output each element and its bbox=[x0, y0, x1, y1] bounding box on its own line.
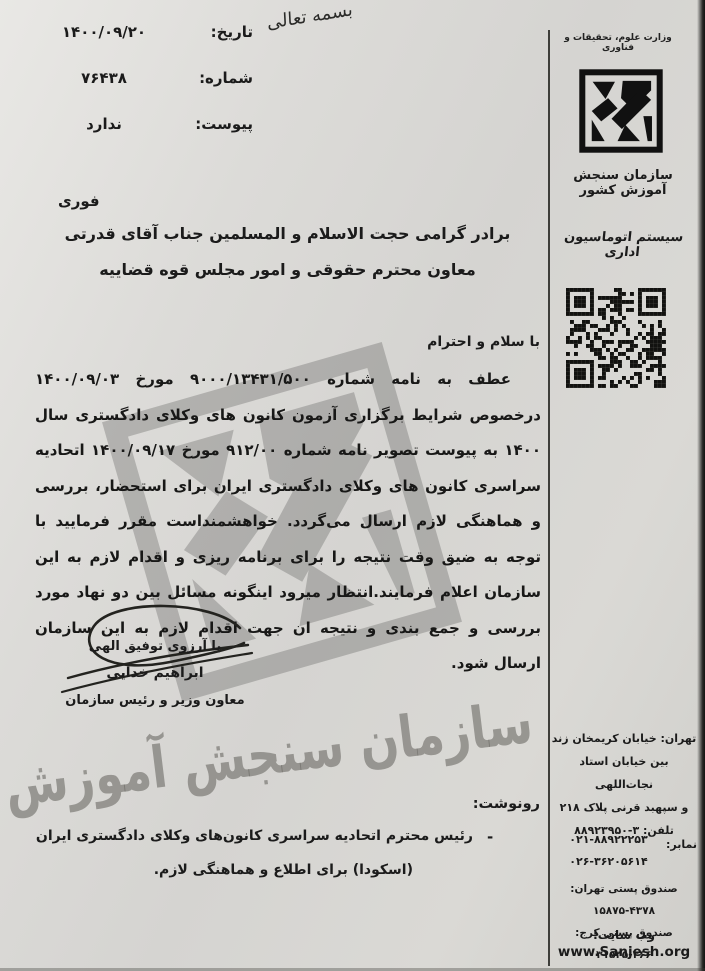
fax-block: نمابر: ۰۲۱-۸۸۹۲۲۲۵۳ ۰۲۶-۳۶۲۰۵۶۱۴ bbox=[551, 829, 697, 873]
salutation: با سلام و احترام bbox=[35, 334, 540, 350]
signature-blessing: با آرزوی توفیق الهی bbox=[40, 636, 270, 658]
recipient-line-2: معاون محترم حقوقی و امور مجلس قوه قضاییه bbox=[35, 252, 540, 288]
qr-code-icon bbox=[566, 288, 666, 388]
scan-edge-right bbox=[697, 0, 705, 971]
cc-item-line-2: (اسکودا) برای اطلاع و هماهنگی لازم. bbox=[35, 862, 413, 878]
signature-block: با آرزوی توفیق الهی ابراهیم خدایی معاون … bbox=[40, 636, 270, 714]
attachment-value: ندارد bbox=[40, 115, 168, 133]
attachment-label: پیوست: bbox=[195, 115, 253, 133]
fax-label: نمابر: bbox=[666, 829, 697, 851]
ministry-title: وزارت علوم، تحقیقات و فناوری bbox=[553, 33, 683, 53]
date-label: تاریخ: bbox=[211, 23, 253, 41]
address-line: تهران: خیابان کریمخان زند bbox=[551, 727, 697, 750]
recipient-line-1: برادر گرامی حجت الاسلام و المسلمین جناب … bbox=[35, 216, 540, 252]
automation-system-label: سیستم اتوماسیون اداری bbox=[550, 230, 695, 260]
sanjesh-emblem-icon bbox=[578, 64, 664, 158]
cc-bullet-dash: - bbox=[487, 828, 493, 846]
meta-row-number: شماره: ۷۶۴۳۸ bbox=[40, 66, 253, 90]
organization-name: سازمان سنجش آموزش کشور bbox=[550, 168, 696, 198]
signature-name: ابراهیم خدایی bbox=[40, 658, 270, 688]
website-block: وب سایت: www.Sanjesh.org bbox=[551, 928, 697, 960]
bismillah-calligraphy: بسمه تعالی bbox=[252, 0, 368, 36]
cc-item-line-1: رئیس محترم اتحادیه سراسری کانون‌های وکلا… bbox=[35, 828, 473, 844]
meta-row-date: تاریخ: ۱۴۰۰/۰۹/۲۰ bbox=[40, 20, 253, 44]
urgent-label: فوری bbox=[58, 192, 100, 210]
fax-number-2: ۰۲۶-۳۶۲۰۵۶۱۴ bbox=[551, 851, 666, 873]
fax-numbers: ۰۲۱-۸۸۹۲۲۲۵۳ ۰۲۶-۳۶۲۰۵۶۱۴ bbox=[551, 829, 666, 873]
website-url: www.Sanjesh.org bbox=[551, 944, 697, 960]
scanned-letter-page: تاریخ: ۱۴۰۰/۰۹/۲۰ شماره: ۷۶۴۳۸ پیوست: ند… bbox=[0, 0, 705, 971]
fax-number-1: ۰۲۱-۸۸۹۲۲۲۵۳ bbox=[551, 829, 666, 851]
number-value: ۷۶۴۳۸ bbox=[40, 69, 168, 87]
signature-title: معاون وزیر و رئیس سازمان bbox=[40, 688, 270, 714]
address-line: بین خیابان استاد نجات‌اللهی bbox=[551, 750, 697, 796]
date-value: ۱۴۰۰/۰۹/۲۰ bbox=[40, 23, 168, 41]
recipient-block: برادر گرامی حجت الاسلام و المسلمین جناب … bbox=[35, 216, 540, 288]
cc-heading: رونوشت: bbox=[35, 796, 540, 812]
website-label: وب سایت: bbox=[551, 928, 697, 942]
meta-row-attachment: پیوست: ندارد bbox=[40, 112, 253, 136]
address-block: تهران: خیابان کریمخان زند بین خیابان است… bbox=[551, 727, 697, 842]
pobox-tehran: صندوق پستی تهران: ۴۳۷۸-۱۵۸۷۵ bbox=[551, 878, 697, 922]
address-line: و سپهبد قرنی پلاک ۲۱۸ bbox=[551, 796, 697, 819]
number-label: شماره: bbox=[199, 69, 253, 87]
